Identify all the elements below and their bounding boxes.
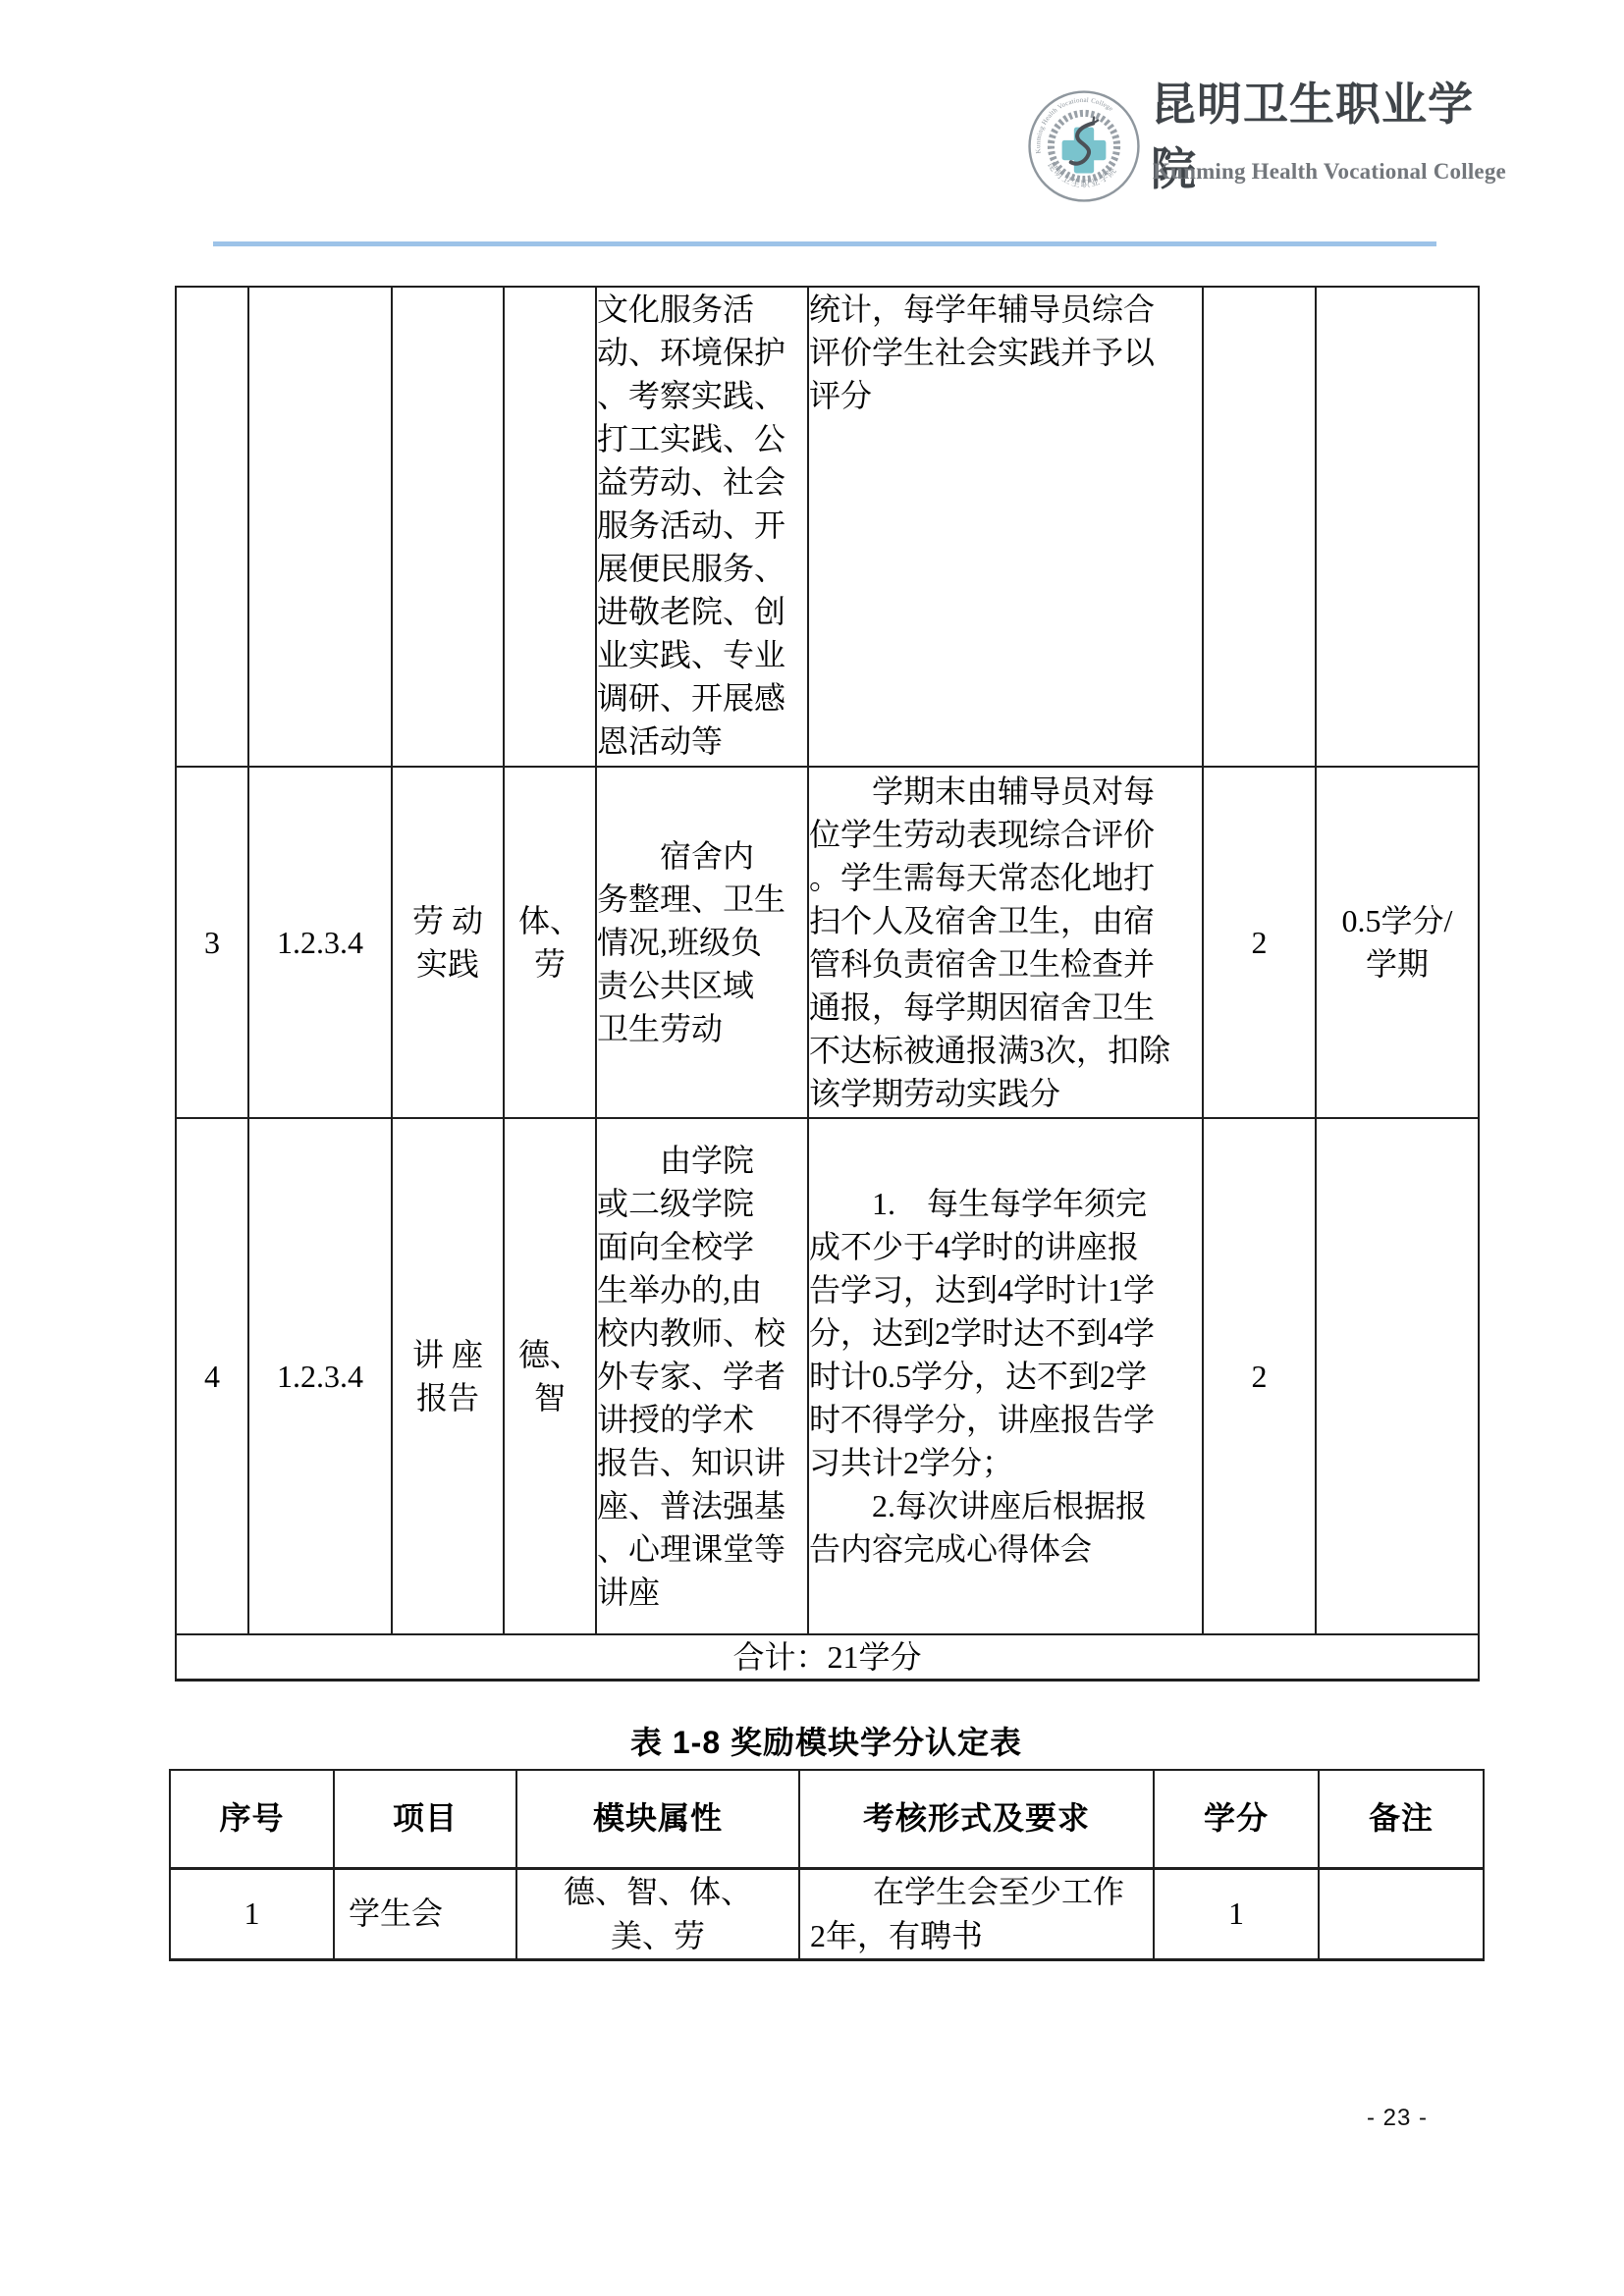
table-1-8-title: 表 1-8 奖励模块学分认定表 xyxy=(175,1718,1478,1763)
cell-note: 0.5学分/ 学期 xyxy=(1316,767,1479,1118)
cell-serial: 1 xyxy=(170,1868,334,1959)
cell-code: 1.2.3.4 xyxy=(248,1118,392,1634)
cell-attribute: 体、 劳 xyxy=(504,767,596,1118)
cell-serial: 4 xyxy=(176,1118,248,1634)
cell-credits xyxy=(1203,287,1316,767)
cell-serial: 3 xyxy=(176,767,248,1118)
credit-recognition-table: 文化服务活 动、环境保护 、考察实践、 打工实践、公 益劳动、社会 服务活动、开… xyxy=(175,286,1480,1682)
table-row-labor-practice: 3 1.2.3.4 劳 动 实践 体、 劳 宿舍内 务整理、卫生 情况,班级负 … xyxy=(176,767,1479,1118)
cell-credits: 2 xyxy=(1203,767,1316,1118)
cell-attribute xyxy=(504,287,596,767)
cell-content: 文化服务活 动、环境保护 、考察实践、 打工实践、公 益劳动、社会 服务活动、开… xyxy=(596,287,808,767)
cell-credits: 1 xyxy=(1154,1868,1319,1959)
cell-note xyxy=(1319,1868,1484,1959)
page-number: - 23 - xyxy=(1367,2105,1428,2132)
cell-project: 学生会 xyxy=(334,1868,516,1959)
cell-serial xyxy=(176,287,248,767)
header-assessment: 考核形式及要求 xyxy=(799,1770,1154,1868)
cell-assessment: 1. 每生每学年须完 成不少于4学时的讲座报 告学习，达到4学时计1学 分，达到… xyxy=(808,1118,1203,1634)
header-project: 项目 xyxy=(334,1770,516,1868)
header-serial: 序号 xyxy=(170,1770,334,1868)
cell-note xyxy=(1316,1118,1479,1634)
cell-requirement: 在学生会至少工作 2年，有聘书 xyxy=(799,1868,1154,1959)
table-row-lecture-report: 4 1.2.3.4 讲 座 报告 德、 智 由学院 或二级学院 面向全校学 生举… xyxy=(176,1118,1479,1634)
cell-credits: 2 xyxy=(1203,1118,1316,1634)
cell-project: 讲 座 报告 xyxy=(392,1118,504,1634)
header-credits: 学分 xyxy=(1154,1770,1319,1868)
table-total-row: 合计：21学分 xyxy=(176,1634,1479,1681)
reward-module-credit-table: 序号 项目 模块属性 考核形式及要求 学分 备注 1 学生会 德、智、体、 美、… xyxy=(169,1769,1485,1961)
college-name-english: Kunming Health Vocational College xyxy=(1153,159,1512,185)
header-divider-line xyxy=(213,241,1436,246)
total-credits-label: 合计：21学分 xyxy=(176,1634,1479,1681)
cell-content: 宿舍内 务整理、卫生 情况,班级负 责公共区域 卫生劳动 xyxy=(596,767,808,1118)
table-header-row: 序号 项目 模块属性 考核形式及要求 学分 备注 xyxy=(170,1770,1484,1868)
college-seal-logo: Kunming Health Vocational College 昆明卫生职业… xyxy=(1027,89,1141,203)
table-row-continuation: 文化服务活 动、环境保护 、考察实践、 打工实践、公 益劳动、社会 服务活动、开… xyxy=(176,287,1479,767)
college-name-chinese: 昆明卫生职业学院 xyxy=(1151,104,1510,163)
cell-assessment: 学期末由辅导员对每 位学生劳动表现综合评价 。学生需每天常态化地打 扫个人及宿舍… xyxy=(808,767,1203,1118)
cell-project: 劳 动 实践 xyxy=(392,767,504,1118)
cell-project xyxy=(392,287,504,767)
table-row-student-union: 1 学生会 德、智、体、 美、劳 在学生会至少工作 2年，有聘书 1 xyxy=(170,1868,1484,1959)
cell-code: 1.2.3.4 xyxy=(248,767,392,1118)
cell-assessment: 统计，每学年辅导员综合 评价学生社会实践并予以 评分 xyxy=(808,287,1203,767)
cell-code xyxy=(248,287,392,767)
document-page: Kunming Health Vocational College 昆明卫生职业… xyxy=(0,0,1624,2296)
cell-attributes: 德、智、体、 美、劳 xyxy=(516,1868,799,1959)
cell-content: 由学院 或二级学院 面向全校学 生举办的,由 校内教师、校 外专家、学者 讲授的… xyxy=(596,1118,808,1634)
header-module-attribute: 模块属性 xyxy=(516,1770,799,1868)
cell-note xyxy=(1316,287,1479,767)
header-note: 备注 xyxy=(1319,1770,1484,1868)
cell-attribute: 德、 智 xyxy=(504,1118,596,1634)
